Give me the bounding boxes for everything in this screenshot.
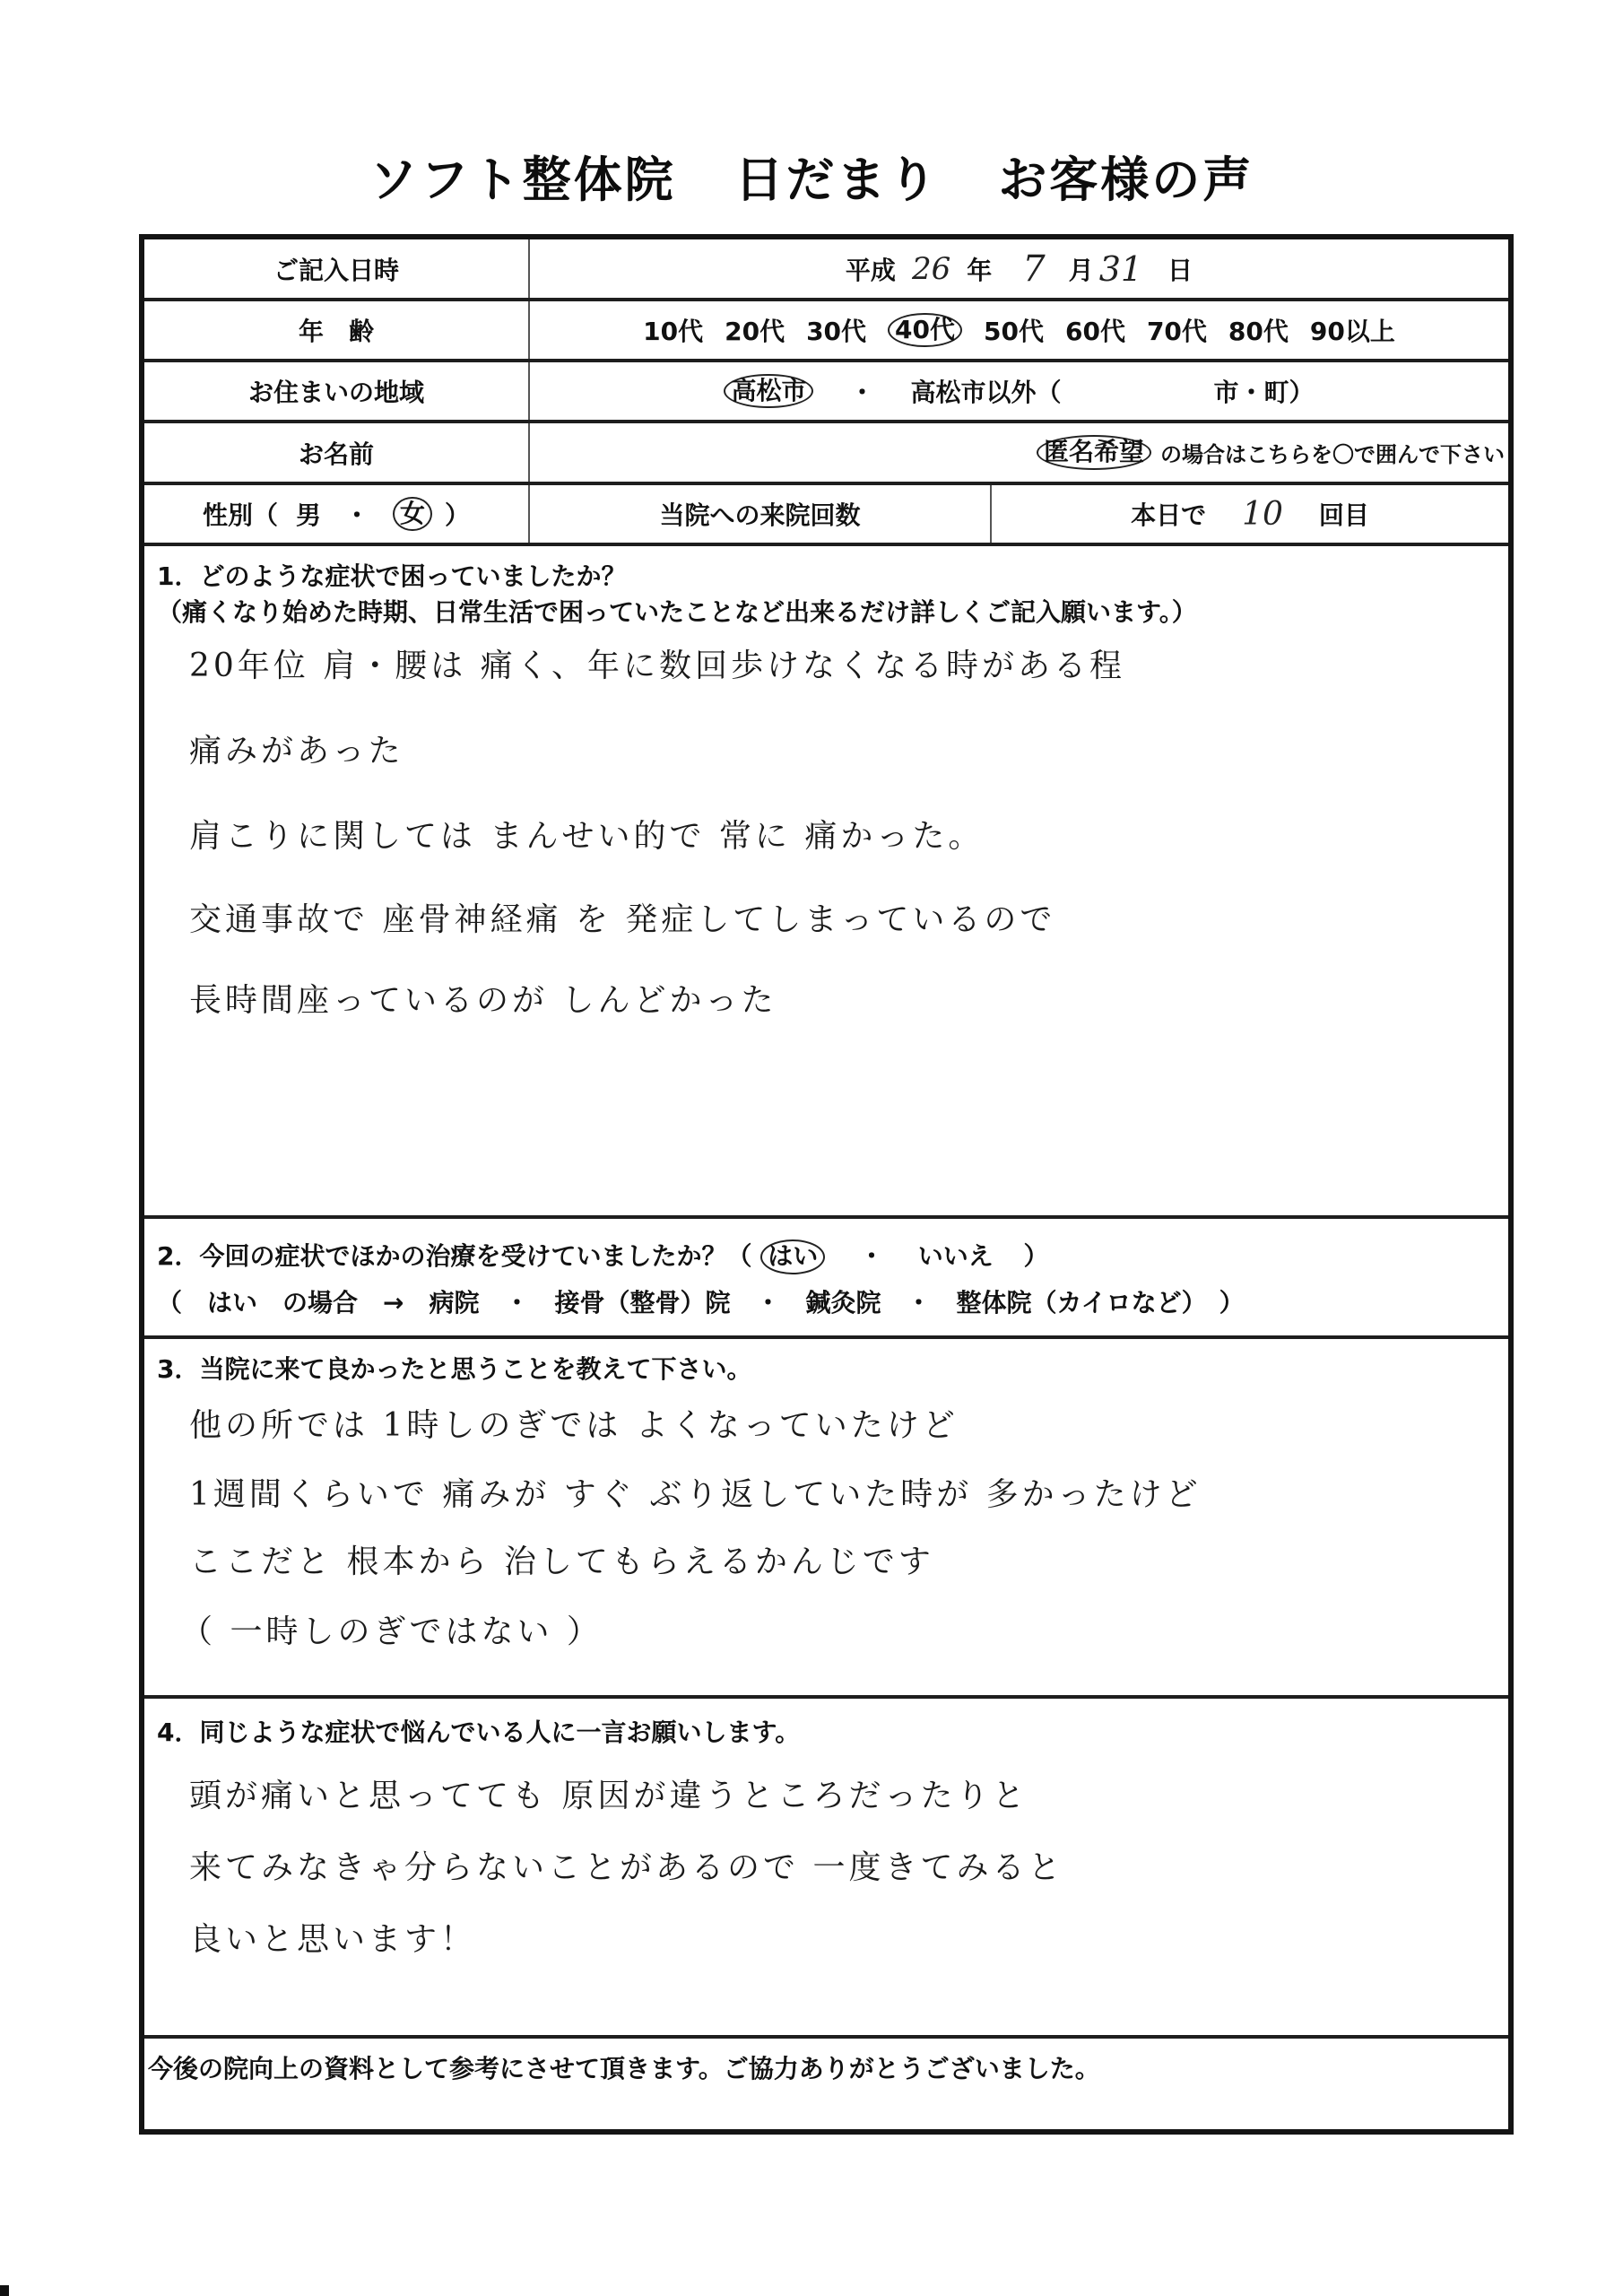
q1-subtitle: （痛くなり始めた時期、日常生活で困っていたことなど出来るだけ詳しくご記入願います… xyxy=(157,593,1197,629)
date-label: ご記入日時 xyxy=(144,239,530,298)
q4-answer-line: 頭が痛いと思ってても 原因が違うところだったりと xyxy=(189,1770,1028,1816)
q4-answer-line: 良いと思います！ xyxy=(189,1914,476,1960)
era: 平成 xyxy=(846,251,896,287)
q2-option-no[interactable]: いいえ xyxy=(918,1241,994,1271)
anonymous-option-selected[interactable]: 匿名希望 xyxy=(1037,435,1151,470)
sex-label: 性別（ xyxy=(203,496,278,532)
q1-answer-line: 交通事故で 座骨神経痛 を 発症してしまっているので xyxy=(189,894,1055,940)
age-option-30s[interactable]: 30代 xyxy=(806,312,866,348)
document-name: お客様の声 xyxy=(998,152,1254,208)
q1-title: 1．どのような症状で困っていましたか？ xyxy=(157,557,627,593)
row-name: お名前 匿名希望 の場合はこちらを〇で囲んで下さい xyxy=(144,423,1508,485)
area-separator: ・ xyxy=(849,373,874,409)
age-option-50s[interactable]: 50代 xyxy=(984,312,1044,348)
question-2: 2．今回の症状でほかの治療を受けていましたか？（ はい ・ いいえ ） （ はい… xyxy=(144,1219,1508,1339)
q2-title-line: 2．今回の症状でほかの治療を受けていましたか？（ はい ・ いいえ ） xyxy=(157,1237,1049,1274)
area-option-takamatsu-selected[interactable]: 高松市 xyxy=(724,374,813,409)
q4-answer-line: 来てみなきゃ分らないことがあるので 一度きてみると xyxy=(189,1842,1063,1888)
q3-title: 3．当院に来て良かったと思うことを教えて下さい。 xyxy=(157,1350,752,1386)
visits-suffix: 回目 xyxy=(1319,496,1369,532)
year-unit: 年 xyxy=(967,251,992,287)
age-option-90plus[interactable]: 90以上 xyxy=(1310,312,1395,348)
q2-separator: ・ xyxy=(859,1241,884,1271)
row-age: 年 齢 10代 20代 30代 40代 50代 60代 70代 80代 90以上 xyxy=(144,301,1508,362)
area-options: 高松市 ・ 高松市以外（ 市・町） xyxy=(530,362,1508,420)
year-value: 26 xyxy=(912,251,950,287)
footer-text: 今後の院向上の資料として参考にさせて頂きます。ご協力ありがとうございました。 xyxy=(148,2049,1100,2085)
area-option-other[interactable]: 高松市以外（ xyxy=(911,373,1062,409)
age-option-80s[interactable]: 80代 xyxy=(1228,312,1289,348)
footer-row: 今後の院向上の資料として参考にさせて頂きます。ご協力ありがとうございました。 xyxy=(144,2039,1508,2135)
sex-option-female-selected[interactable]: 女 xyxy=(393,497,432,532)
anonymous-note: の場合はこちらを〇で囲んで下さい xyxy=(1160,437,1505,468)
sex-option-male[interactable]: 男 xyxy=(296,496,321,532)
question-4: 4．同じような症状で悩んでいる人に一言お願いします。 頭が痛いと思ってても 原因… xyxy=(144,1699,1508,2039)
row-date: ご記入日時 平成 26 年 7 月 31 日 xyxy=(144,239,1508,301)
q1-answer-line: 20年位 肩・腰は 痛く、年に数回歩けなくなる時がある程 xyxy=(189,640,1125,686)
age-option-20s[interactable]: 20代 xyxy=(725,312,785,348)
question-3: 3．当院に来て良かったと思うことを教えて下さい。 他の所では 1時しのぎでは よ… xyxy=(144,1339,1508,1699)
age-option-10s[interactable]: 10代 xyxy=(643,312,703,348)
sex-field: 性別（ 男 ・ 女 ） xyxy=(144,485,530,543)
day-value: 31 xyxy=(1099,249,1142,289)
q4-title: 4．同じような症状で悩んでいる人に一言お願いします。 xyxy=(157,1713,800,1749)
age-option-40s-selected[interactable]: 40代 xyxy=(888,313,962,348)
q3-answer-line: 1週間くらいで 痛みが すぐ ぶり返していた時が 多かったけど xyxy=(189,1469,1202,1515)
sex-label-close: ） xyxy=(445,496,470,532)
visits-prefix: 本日で xyxy=(1131,496,1206,532)
q2-close: ） xyxy=(1024,1241,1049,1271)
month-unit: 月 xyxy=(1069,251,1094,287)
age-option-60s[interactable]: 60代 xyxy=(1065,312,1125,348)
form-title: ソフト整体院 日だまり お客様の声 xyxy=(0,142,1623,211)
visits-count: 10 xyxy=(1242,496,1283,533)
row-area: お住まいの地域 高松市 ・ 高松市以外（ 市・町） xyxy=(144,362,1508,423)
sex-separator: ・ xyxy=(344,496,369,532)
q3-answer-line: ここだと 根本から 治してもらえるかんじです xyxy=(189,1536,934,1582)
name-field[interactable]: 匿名希望 の場合はこちらを〇で囲んで下さい xyxy=(530,423,1508,482)
row-sex-visits: 性別（ 男 ・ 女 ） 当院への来院回数 本日で 10 回目 xyxy=(144,485,1508,546)
q3-answer-line: 他の所では 1時しのぎでは よくなっていたけど xyxy=(189,1400,959,1446)
scan-corner-mark xyxy=(0,2285,9,2296)
clinic-type: ソフト整体院 xyxy=(369,152,676,208)
q2-title: 2．今回の症状でほかの治療を受けていましたか？（ xyxy=(157,1241,752,1271)
date-field[interactable]: 平成 26 年 7 月 31 日 xyxy=(530,239,1508,298)
survey-form: ご記入日時 平成 26 年 7 月 31 日 年 齢 10代 20代 30代 4… xyxy=(139,234,1514,2135)
visits-label: 当院への来院回数 xyxy=(530,485,992,543)
q2-detail: （ はい の場合 → 病院 ・ 接骨（整骨）院 ・ 鍼灸院 ・ 整体院（カイロな… xyxy=(157,1283,1245,1319)
clinic-name: 日だまり xyxy=(735,152,940,208)
visits-field[interactable]: 本日で 10 回目 xyxy=(992,485,1508,543)
question-1: 1．どのような症状で困っていましたか？ （痛くなり始めた時期、日常生活で困ってい… xyxy=(144,546,1508,1219)
q1-answer-line: 長時間座っているのが しんどかった xyxy=(189,975,777,1021)
q2-option-yes-selected[interactable]: はい xyxy=(760,1239,825,1274)
name-label: お名前 xyxy=(144,423,530,482)
area-suffix: 市・町） xyxy=(1214,373,1315,409)
q1-answer-line: 肩こりに関しては まんせい的で 常に 痛かった。 xyxy=(189,811,984,857)
age-options: 10代 20代 30代 40代 50代 60代 70代 80代 90以上 xyxy=(530,301,1508,359)
q3-answer-line: （ 一時しのぎではない ） xyxy=(180,1606,603,1652)
area-label: お住まいの地域 xyxy=(144,362,530,420)
age-label: 年 齢 xyxy=(144,301,530,359)
q1-answer-line: 痛みがあった xyxy=(189,726,404,771)
month-value: 7 xyxy=(1022,248,1045,290)
age-option-70s[interactable]: 70代 xyxy=(1147,312,1207,348)
day-unit: 日 xyxy=(1167,251,1193,287)
